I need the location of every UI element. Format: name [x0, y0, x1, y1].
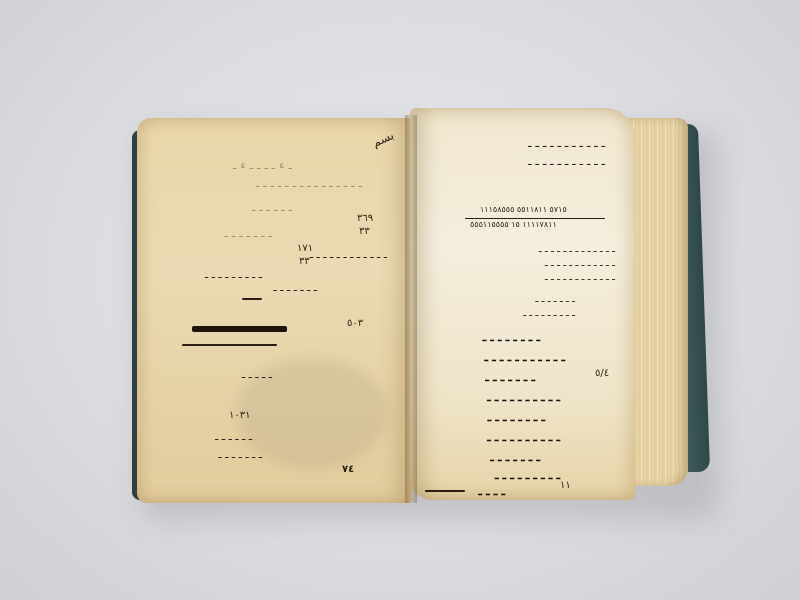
table-line: ٥٧١٥ ٥٥١١٨١١ ١١١٥٨٥٥٥	[480, 205, 567, 214]
number: ٣٣	[299, 256, 310, 267]
ink-dash	[242, 298, 262, 300]
ink-line: ـ ـ ـ ـ ـ ـ ـ	[218, 448, 262, 461]
body-line: ـ ـ ـ ـ ـ ـ ـ ـ ـ ـ ـ ـ ـ	[539, 244, 615, 255]
header-line: ـ ـ ـ ـ ـ ـ ـ ـ ـ ـ ـ	[528, 154, 605, 168]
bold-line: ـ ـ ـ ـ ـ ـ ـ ـ ـ ـ	[487, 430, 560, 444]
underlined-line	[182, 344, 277, 346]
header-line: ـ ـ ـ ـ ـ ـ ـ ـ ـ ـ ـ	[528, 136, 605, 150]
page-mark: ٧٤	[342, 464, 354, 475]
faint-line: ـ ـ ـ ـ ـ ـ ـ	[225, 226, 273, 240]
faint-line: ـ ء ـ ـ ـ ـ ء ـ	[233, 158, 292, 172]
bold-line: ـ ـ ـ ـ	[478, 484, 505, 498]
bold-line: ـ ـ ـ ـ ـ ـ ـ	[490, 450, 540, 464]
body-line: ـ ـ ـ ـ ـ ـ ـ ـ ـ ـ ـ ـ	[545, 258, 615, 269]
corner-note: بسم	[370, 128, 396, 150]
bold-line: ـ ـ ـ ـ ـ ـ ـ ـ	[488, 410, 545, 424]
left-page: بسم ـ ء ـ ـ ـ ـ ء ـ ـ ـ ـ ـ ـ ـ ـ ـ ـ ـ …	[137, 118, 412, 503]
struck-through-line	[192, 326, 287, 332]
ink-line: ـ ـ ـ ـ ـ ـ	[215, 430, 252, 443]
bold-line: ـ ـ ـ ـ ـ ـ ـ ـ	[483, 330, 540, 344]
page-mark: ١١	[560, 480, 571, 491]
right-page: ـ ـ ـ ـ ـ ـ ـ ـ ـ ـ ـ ـ ـ ـ ـ ـ ـ ـ ـ ـ …	[410, 108, 635, 500]
faint-line: ـ ـ ـ ـ ـ ـ	[252, 200, 292, 214]
page-block-edges	[628, 118, 688, 486]
body-line: ـ ـ ـ ـ ـ ـ ـ ـ ـ	[523, 308, 575, 319]
ink-dash	[425, 490, 465, 492]
ink-line: ـ ـ ـ ـ ـ ـ ـ	[273, 281, 317, 294]
ink-line: ـ ـ ـ ـ ـ	[242, 368, 272, 381]
number: ١٠٣١	[229, 410, 250, 421]
bold-line: ـ ـ ـ ـ ـ ـ ـ ـ ـ	[495, 468, 560, 482]
table-rule	[465, 218, 605, 219]
faint-line: ـ ـ ـ ـ ـ ـ ـ ـ ـ ـ ـ ـ ـ ـ ـ	[256, 176, 362, 190]
bold-line: ـ ـ ـ ـ ـ ـ ـ	[485, 370, 535, 384]
number: ٣٣	[359, 226, 370, 237]
number: ٥٠٣	[347, 318, 363, 329]
ink-line: ـ ـ ـ ـ ـ ـ ـ ـ ـ ـ ـ ـ	[310, 248, 387, 261]
number: ٣٦٩	[357, 213, 373, 224]
margin-fraction: ٥/٤	[595, 368, 609, 379]
ink-line: ـ ـ ـ ـ ـ ـ ـ ـ ـ	[205, 268, 262, 281]
body-line: ـ ـ ـ ـ ـ ـ ـ ـ ـ ـ ـ ـ	[545, 272, 615, 283]
table-line: ١١١١٧٨١١ ١٥ ٥٥٥١١٥٥٥٥	[470, 220, 557, 229]
bold-line: ـ ـ ـ ـ ـ ـ ـ ـ ـ ـ	[487, 390, 560, 404]
book-spine-gutter	[405, 115, 417, 503]
bold-line: ـ ـ ـ ـ ـ ـ ـ ـ ـ ـ ـ	[485, 350, 565, 364]
body-line: ـ ـ ـ ـ ـ ـ ـ	[535, 294, 575, 305]
